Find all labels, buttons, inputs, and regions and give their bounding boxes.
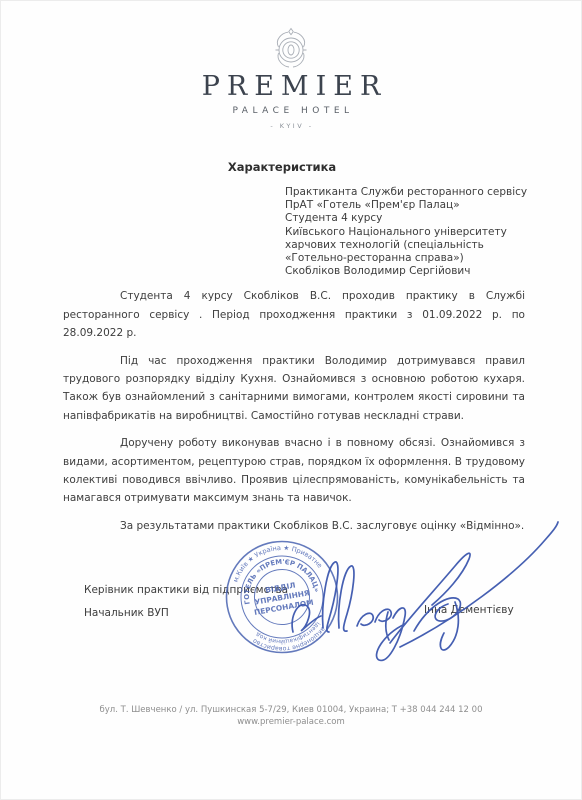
footer: бул. Т. Шевченко / ул. Пушкинская 5-7/29…	[0, 704, 582, 728]
document-body: Студента 4 курсу Скобліков В.С. проходив…	[63, 287, 525, 535]
footer-website: www.premier-palace.com	[0, 716, 582, 728]
handwritten-signatures	[265, 500, 575, 680]
body-paragraph: Під час проходження практики Володимир д…	[63, 352, 525, 426]
recipient-line: Студента 4 курсу	[285, 212, 582, 225]
recipient-line: харчових технологій (спеціальність	[285, 239, 582, 252]
recipient-block: Практиканта Служби ресторанного сервісу …	[285, 186, 582, 278]
hotel-subtitle: PALACE HOTEL	[0, 105, 582, 118]
body-paragraph: Доручену роботу виконував вчасно і в пов…	[63, 434, 525, 508]
document-title: Характеристика	[0, 160, 573, 174]
hotel-logo: PREMIER PALACE HOTEL - KYIV -	[0, 0, 582, 131]
hotel-name: PREMIER	[0, 72, 582, 102]
hotel-crest-icon	[266, 26, 316, 70]
footer-address: бул. Т. Шевченко / ул. Пушкинская 5-7/29…	[0, 704, 582, 716]
recipient-line: Скобліков Володимир Сергійович	[285, 265, 582, 278]
document-page: PREMIER PALACE HOTEL - KYIV - Характерис…	[0, 0, 582, 800]
body-paragraph: Студента 4 курсу Скобліков В.С. проходив…	[63, 287, 525, 342]
recipient-line: «Готельно-ресторанна справа»)	[285, 252, 582, 265]
supervisor-position-label: Начальник ВУП	[84, 607, 169, 619]
recipient-line: Практиканта Служби ресторанного сервісу	[285, 186, 582, 199]
hotel-city: - KYIV -	[0, 122, 582, 131]
recipient-line: ПрАТ «Готель «Прем'єр Палац»	[285, 199, 582, 212]
recipient-line: Київського Національного університету	[285, 226, 582, 239]
